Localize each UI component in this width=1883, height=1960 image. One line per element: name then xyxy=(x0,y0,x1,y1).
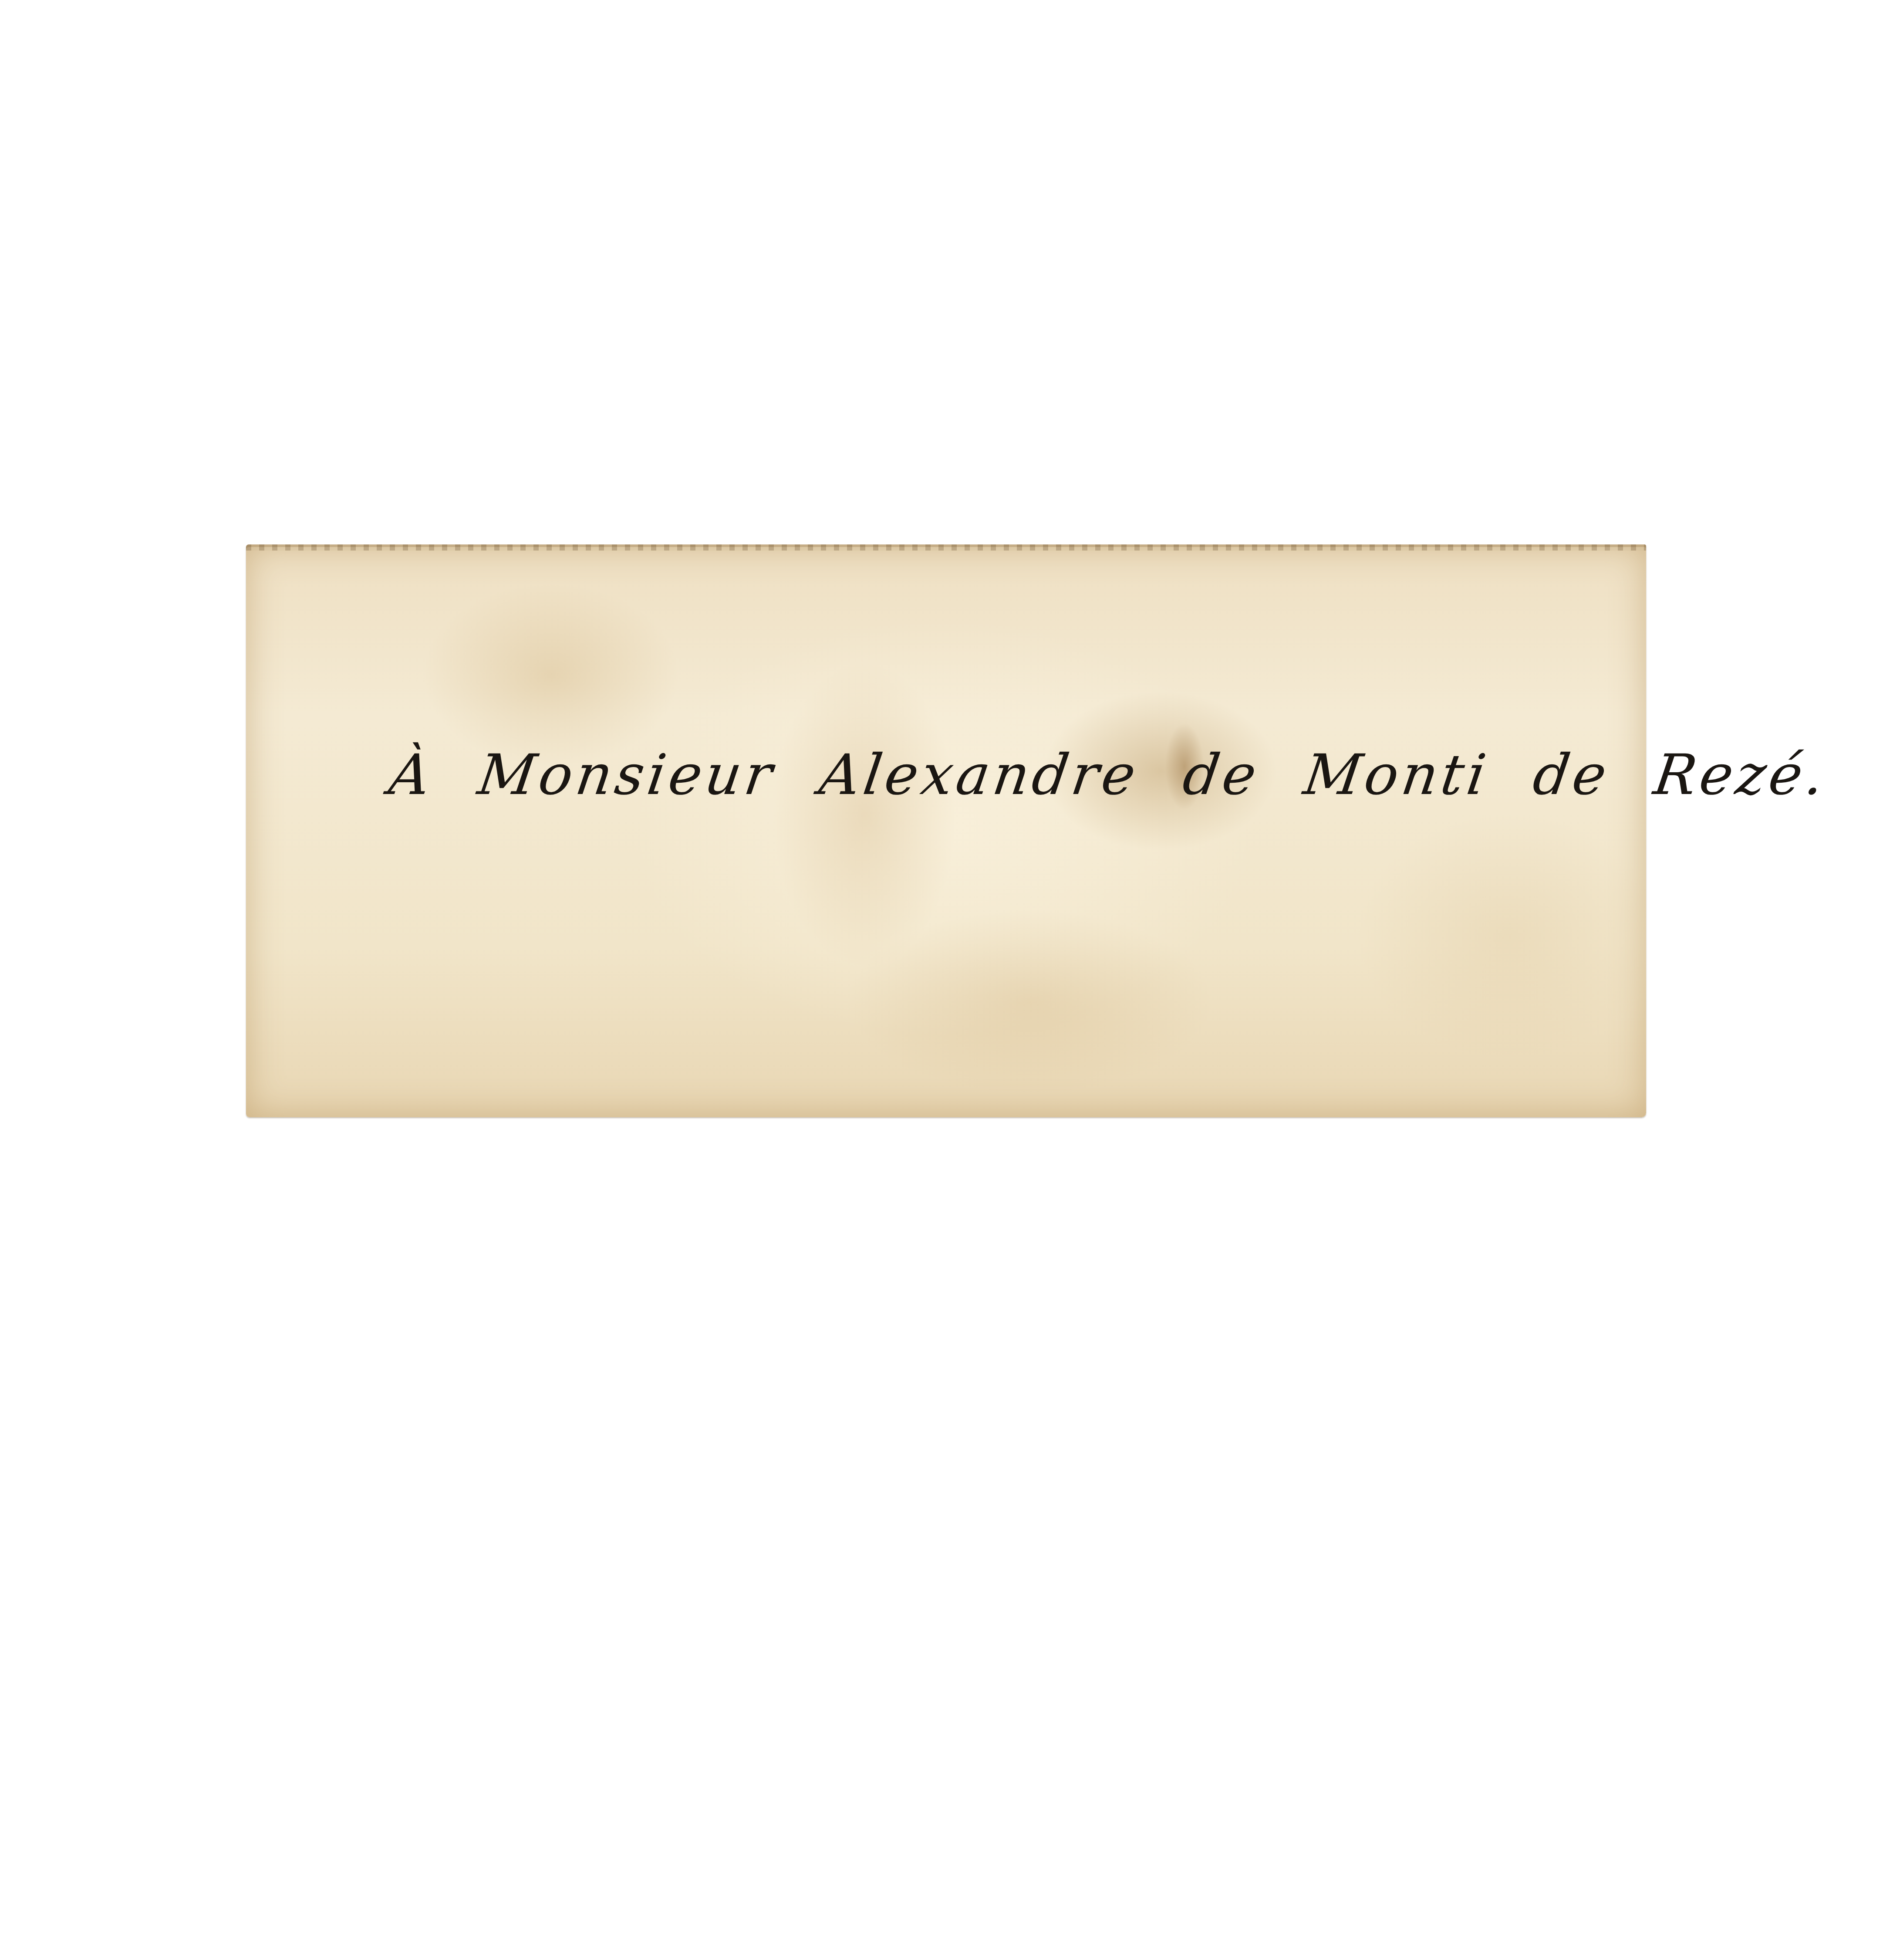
envelope: À Monsieur Alexandre de Monti de Rezé. xyxy=(246,544,1646,1117)
handwritten-address: À Monsieur Alexandre de Monti de Rezé. xyxy=(385,743,1832,808)
